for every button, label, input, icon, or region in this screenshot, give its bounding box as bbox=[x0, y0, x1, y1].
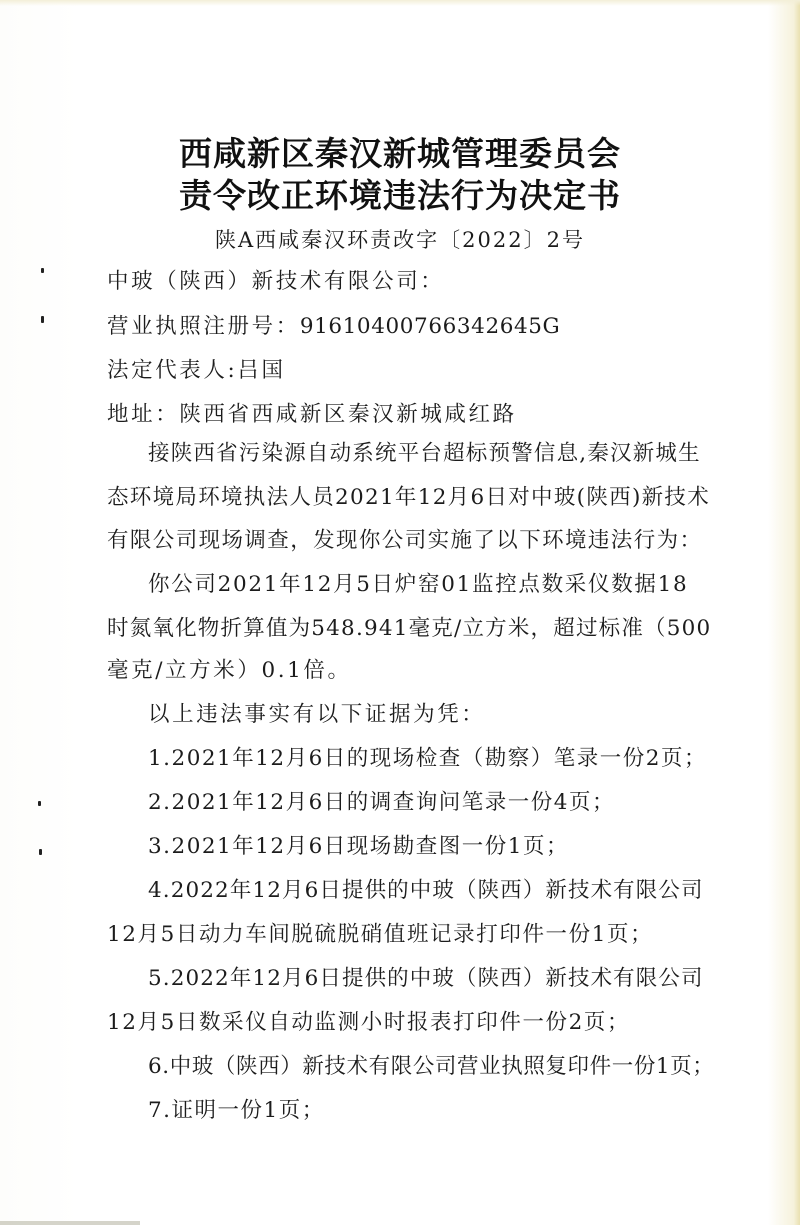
paragraph1-line3: 有限公司现场调查，发现你公司实施了以下环境违法行为： bbox=[107, 527, 702, 555]
scan-edge-top bbox=[0, 0, 800, 6]
document-title-line2: 责令改正环境违法行为决定书 bbox=[0, 170, 800, 217]
legal-rep-name: 吕国 bbox=[237, 358, 285, 383]
registration-row: 营业执照注册号：91610400766342645G bbox=[107, 313, 560, 341]
paragraph2-line2: 时氮氧化物折算值为548.941毫克/立方米，超过标准（500 bbox=[107, 615, 711, 643]
evidence-item-4-line1: 4.2022年12月6日提供的中玻（陕西）新技术有限公司 bbox=[148, 877, 704, 905]
recipient: 中玻（陕西）新技术有限公司： bbox=[107, 268, 444, 296]
address-label: 地址： bbox=[107, 402, 179, 427]
registration-label: 营业执照注册号： bbox=[107, 314, 300, 339]
registration-number: 91610400766342645G bbox=[300, 314, 561, 339]
scan-edge-bottom bbox=[0, 1221, 140, 1225]
binding-mark bbox=[39, 849, 42, 855]
binding-mark bbox=[41, 316, 44, 323]
paragraph2-line3: 毫克/立方米）0.1倍。 bbox=[107, 657, 352, 685]
evidence-intro: 以上违法事实有以下证据为凭： bbox=[148, 701, 485, 729]
document-number: 陕A西咸秦汉环责改字〔2022〕2号 bbox=[0, 224, 800, 254]
paragraph2-line1: 你公司2021年12月5日炉窑01监控点数采仪数据18 bbox=[148, 571, 688, 599]
evidence-item-5-line2: 12月5日数采仪自动监测小时报表打印件一份2页； bbox=[107, 1009, 630, 1037]
binding-mark bbox=[41, 268, 44, 273]
evidence-item-1: 1.2021年12月6日的现场检查（勘察）笔录一份2页； bbox=[148, 745, 707, 773]
address-row: 地址：陕西省西咸新区秦汉新城咸红路 bbox=[107, 401, 517, 429]
evidence-item-7: 7.证明一份1页； bbox=[148, 1097, 325, 1125]
binding-mark bbox=[38, 801, 41, 806]
document-title-line1: 西咸新区秦汉新城管理委员会 bbox=[0, 128, 800, 175]
legal-rep-row: 法定代表人:吕国 bbox=[107, 357, 286, 385]
scanned-page: 西咸新区秦汉新城管理委员会 责令改正环境违法行为决定书 陕A西咸秦汉环责改字〔2… bbox=[0, 0, 800, 1225]
legal-rep-label: 法定代表人: bbox=[107, 358, 237, 383]
evidence-item-2: 2.2021年12月6日的调查询问笔录一份4页； bbox=[148, 789, 615, 817]
evidence-item-6: 6.中玻（陕西）新技术有限公司营业执照复印件一份1页； bbox=[148, 1053, 714, 1081]
paragraph1-line2: 态环境局环境执法人员2021年12月6日对中玻(陕西)新技术 bbox=[107, 484, 710, 512]
evidence-item-3: 3.2021年12月6日现场勘查图一份1页； bbox=[148, 833, 569, 861]
address-value: 陕西省西咸新区秦汉新城咸红路 bbox=[179, 402, 516, 427]
evidence-item-4-line2: 12月5日动力车间脱硫脱硝值班记录打印件一份1页； bbox=[107, 921, 653, 949]
paragraph1-line1: 接陕西省污染源自动系统平台超标预警信息,秦汉新城生 bbox=[148, 440, 701, 468]
evidence-item-5-line1: 5.2022年12月6日提供的中玻（陕西）新技术有限公司 bbox=[148, 965, 704, 993]
